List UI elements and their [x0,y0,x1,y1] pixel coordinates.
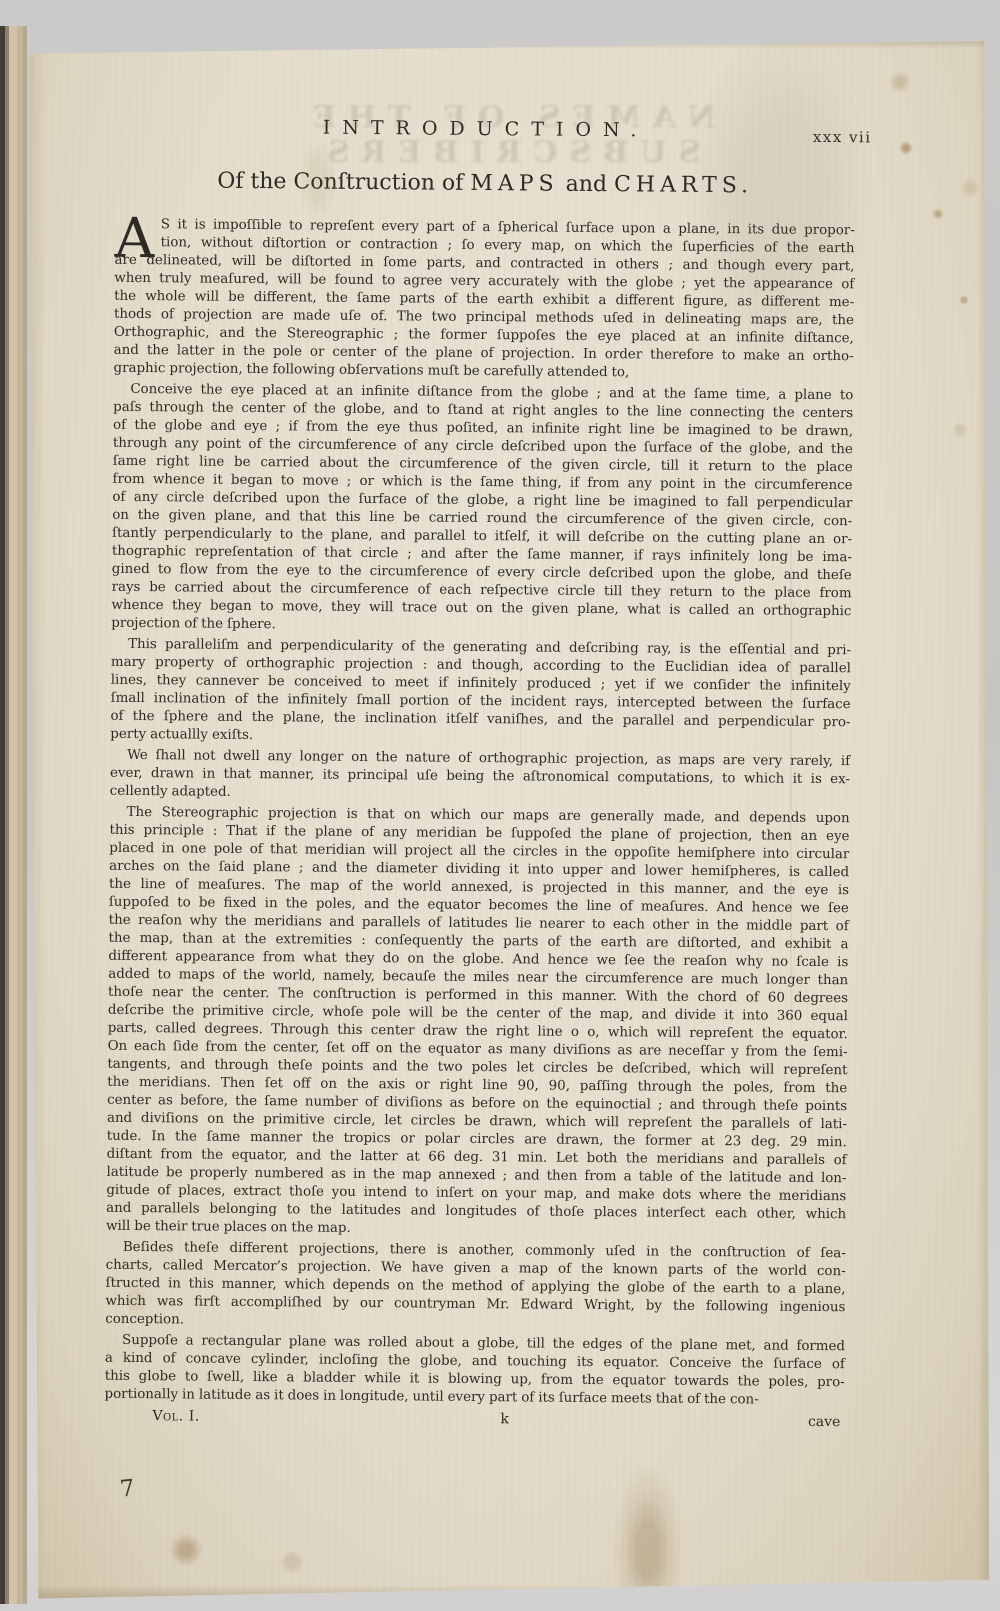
footer-row: Vol. I. k cave [104,1408,844,1434]
signature-mark: k [500,1411,509,1427]
body-text: A S it is impoſſible to repreſent every … [104,216,854,1410]
paragraph-3: This paralleliſm and perpendicularity of… [110,636,851,750]
paragraph-1-lines: S it is impoſſible to repreſent every pa… [113,216,854,384]
page-number: xxx vii [813,128,872,147]
section-title-conjunction: and [559,172,615,197]
section-title: Of the Conſtruction of MAPS and CHARTS. [115,168,855,199]
paragraph-7: Suppoſe a rectangular plane was rolled a… [104,1332,845,1410]
catchword: cave [808,1414,841,1430]
paper-crease [790,378,792,1098]
running-head-row: INTRODUCTION. xxx vii [116,115,856,147]
paragraph-4: We ſhall not dwell any longer on the nat… [110,747,850,807]
book-page: NAMES OF THE SUBSCRIBERS INTRODUCTION. x… [18,38,990,1600]
section-title-charts: CHARTS. [614,172,753,198]
paper-crease [520,593,522,823]
paragraph-2: Conceive the eye placed at an infinite d… [111,381,853,639]
paragraph-6: Beſides theſe different projections, the… [105,1239,846,1335]
adjacent-page-edge [0,26,27,1604]
drop-cap: A [115,216,161,252]
paragraph-5: The Stereographic projection is that on … [106,804,850,1242]
section-title-maps: MAPS [470,171,559,197]
paragraph-1: A S it is impoſſible to repreſent every … [113,216,854,384]
handwritten-page-number: 7 [119,1475,136,1502]
page-content: INTRODUCTION. xxx vii Of the Conſtructio… [104,115,855,1434]
volume-label: Vol. I. [152,1408,199,1424]
section-title-prefix: Of the Conſtruction of [217,169,470,196]
